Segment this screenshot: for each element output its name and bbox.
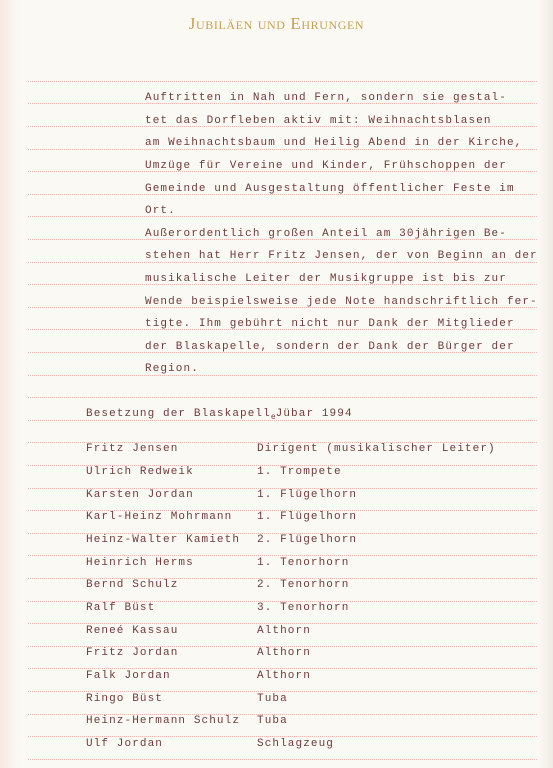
member-name: Karl-Heinz Mohrmann	[86, 511, 232, 524]
member-name: Karsten Jordan	[86, 489, 194, 502]
paragraph-line: Auftritten in Nah und Fern, sondern sie …	[145, 92, 507, 105]
member-role: 1. Flügelhorn	[257, 511, 357, 524]
paragraph-line: der Blaskapelle, sondern der Dank der Bü…	[145, 341, 515, 354]
member-role: 1. Flügelhorn	[257, 489, 357, 502]
roster-heading: Besetzung der BlaskapelleJübar 1994	[86, 408, 353, 421]
ruled-line	[28, 397, 537, 398]
member-role: Schlagzeug	[257, 738, 334, 751]
member-role: 2. Tenorhorn	[257, 579, 349, 592]
document-page: Jubiläen und Ehrungen Auftritten in Nah …	[0, 0, 553, 768]
member-role: Tuba	[257, 715, 288, 728]
paragraph-line: musikalische Leiter der Musikgruppe ist …	[145, 273, 507, 286]
member-name: Heinz-Hermann Schulz	[86, 715, 240, 728]
ruled-line	[28, 555, 537, 556]
paragraph-line: am Weihnachtsbaum und Heilig Abend in de…	[145, 137, 522, 150]
roster-heading-suffix: Jübar 1994	[276, 408, 353, 420]
paragraph-line: Umzüge für Vereine und Kinder, Frühschop…	[145, 160, 507, 173]
paragraph-line: tigte. Ihm gebührt nicht nur Dank der Mi…	[145, 318, 515, 331]
member-role: 1. Tenorhorn	[257, 557, 349, 570]
member-name: Ulrich Redweik	[86, 466, 194, 479]
roster-heading-prefix: Besetzung der Blaskapell	[86, 408, 271, 420]
member-name: Heinrich Herms	[86, 557, 194, 570]
member-role: 2. Flügelhorn	[257, 534, 357, 547]
ruled-line	[28, 216, 537, 217]
ruled-line	[28, 691, 537, 692]
paragraph-line: Wende beispielsweise jede Note handschri…	[145, 296, 538, 309]
member-role: Dirigent (musikalischer Leiter)	[257, 443, 496, 456]
paragraph-line: Ort.	[145, 205, 176, 218]
member-name: Ringo Büst	[86, 693, 163, 706]
ruled-line	[28, 759, 537, 760]
paragraph-line: tet das Dorfleben aktiv mit: Weihnachtsb…	[145, 115, 492, 128]
member-role: 3. Tenorhorn	[257, 602, 349, 615]
page-title: Jubiläen und Ehrungen	[0, 14, 553, 34]
paragraph-line: Region.	[145, 363, 199, 376]
paragraph-line: stehen hat Herr Fritz Jensen, der von Be…	[145, 250, 538, 263]
member-name: Fritz Jordan	[86, 647, 178, 660]
ruled-line	[28, 375, 537, 376]
member-name: Fritz Jensen	[86, 443, 178, 456]
roster-heading-subscript: e	[271, 413, 276, 422]
paragraph-line: Gemeinde und Ausgestaltung öffentlicher …	[145, 183, 515, 196]
member-name: Ralf Büst	[86, 602, 155, 615]
paragraph-line: Außerordentlich großen Anteil am 30jähri…	[145, 228, 507, 241]
member-role: Althorn	[257, 670, 311, 683]
member-name: Falk Jordan	[86, 670, 171, 683]
member-role: Althorn	[257, 625, 311, 638]
ruled-line	[28, 736, 537, 737]
member-name: Ulf Jordan	[86, 738, 163, 751]
member-name: Reneé Kassau	[86, 625, 178, 638]
member-role: Tuba	[257, 693, 288, 706]
member-name: Bernd Schulz	[86, 579, 178, 592]
ruled-line	[28, 623, 537, 624]
member-role: 1. Trompete	[257, 466, 342, 479]
ruled-line	[28, 668, 537, 669]
ruled-line	[28, 81, 537, 82]
member-role: Althorn	[257, 647, 311, 660]
member-name: Heinz-Walter Kamieth	[86, 534, 240, 547]
